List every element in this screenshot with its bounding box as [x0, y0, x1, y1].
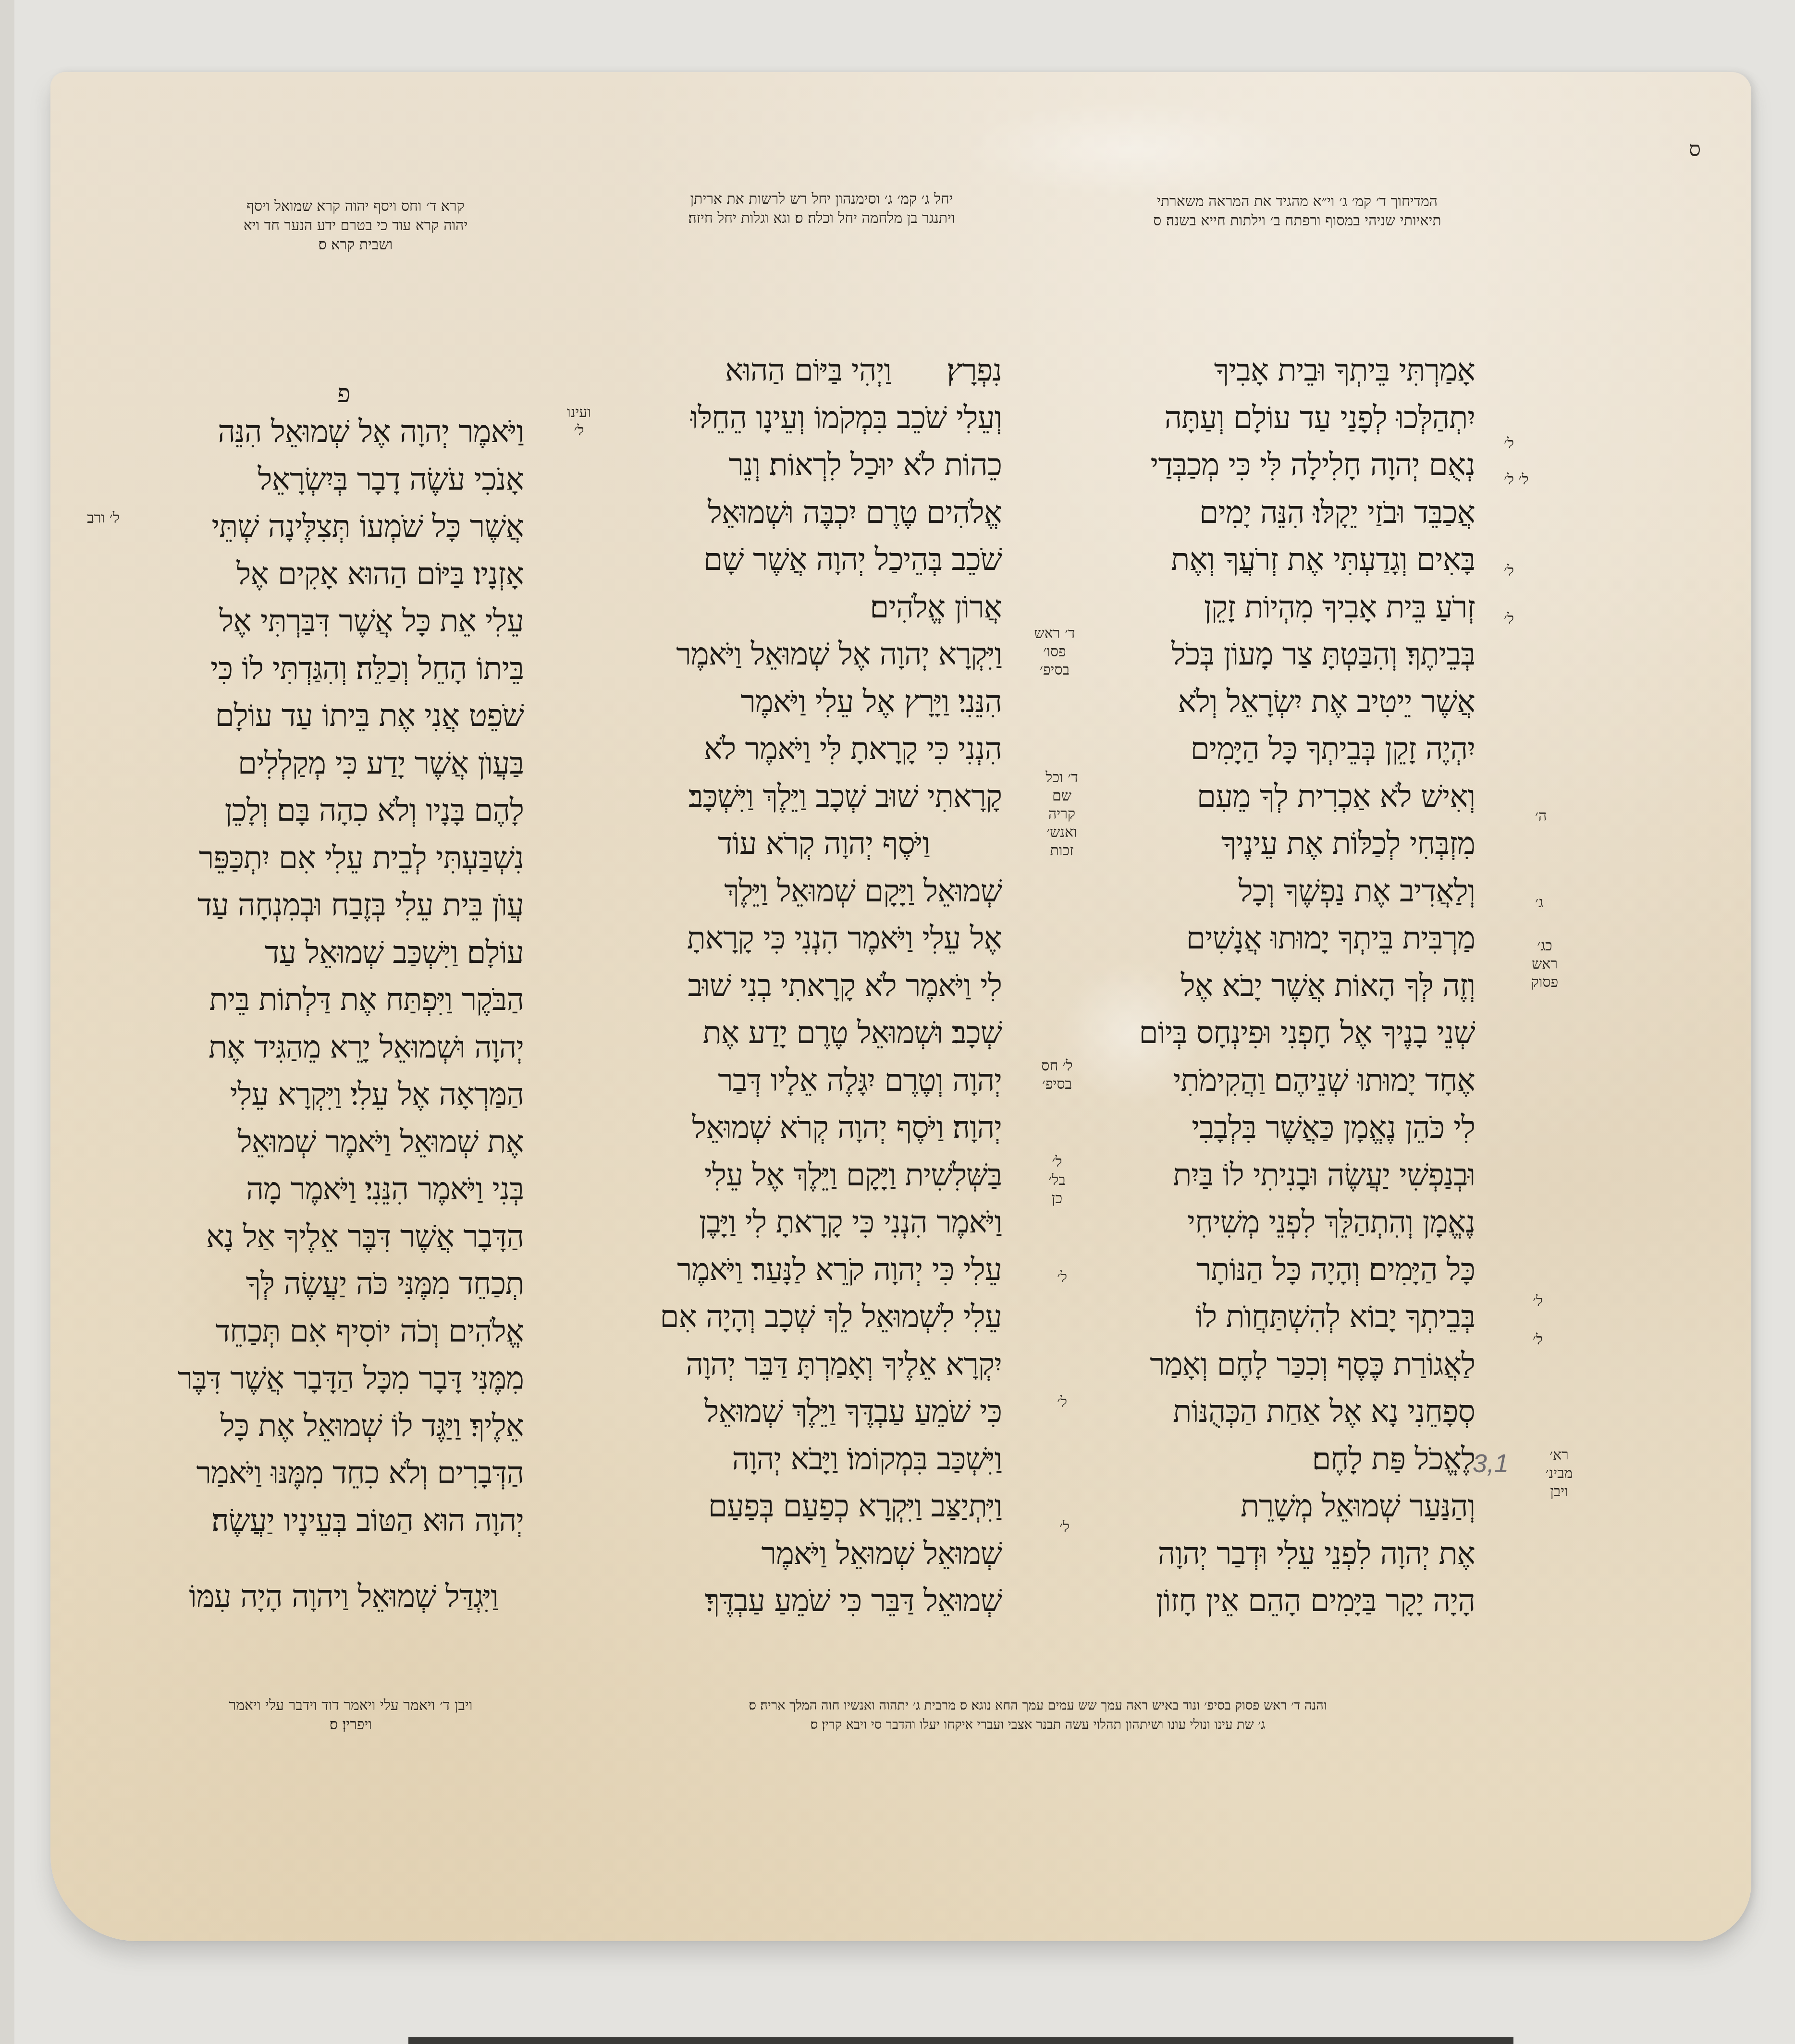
text-line: וַיֹּאמֶר יְהוָה אֶל שְׁמוּאֵל הִנֵּה [163, 408, 524, 456]
masorah-line: יחל ג׳ קמ׳ ג׳ וסימנהון יחל רש לרשות את א… [639, 190, 1004, 209]
text-line: יְהוָה וּשְׁמוּאֵל יָרֵא מֵהַגִּיד אֶת [163, 1024, 524, 1071]
margin-note: ה׳ [1535, 807, 1547, 825]
text-line: תְכַחֵד מִמֶּנִּי כֹּה יַעֲשֶׂה לְּךָ [163, 1260, 524, 1308]
text-line: אֶל עֵלִי וַיֹּאמֶר הִנְנִי כִּי קָרָאתָ [617, 915, 1002, 962]
folio-number: ס [1689, 137, 1701, 161]
top-masorah-left: קרא ד׳ וחס ויסף יהוה קרא שמואל ויסף יהוה… [173, 197, 538, 255]
margin-note: ל׳ בל׳ כן [1043, 1153, 1071, 1208]
masorah-line: תיאיותי שניהי במסוף ורפתח ב׳ וילתות חייא… [1124, 211, 1470, 231]
text-line: וְאִישׁ לֹא אַכְרִית לְךָ מֵעִם [1105, 773, 1475, 821]
masorah-line: המדיחוך ד׳ קמ׳ ג׳ וי״א מהגיד את המראה מש… [1124, 192, 1470, 211]
text-line: אֲכַבֵּד וּבֹזַי יֵקָלּוּ׃ הִנֵּה יָמִים [1105, 489, 1475, 537]
text-line: הִנֵּנִי׃ וַיָּרָץ אֶל עֵלִי וַיֹּאמֶר [617, 678, 1002, 726]
text-line: הַדְּבָרִים וְלֹא כִחֵד מִמֶּנּוּ וַיֹּא… [163, 1450, 524, 1497]
text-line: עֵלִי אֵת כָּל אֲשֶׁר דִּבַּרְתִּי אֶל [163, 598, 524, 645]
text-line: לִי כֹּהֵן נֶאֱמָן כַּאֲשֶׁר בִּלְבָבִי [1105, 1104, 1475, 1152]
masorah-line: ג׳ שת עינו ונולי עונו ושיתהון תהלוי עשה … [586, 1715, 1489, 1735]
text-line: וַיִּקְרָא יְהוָה אֶל שְׁמוּאֵל וַיֹּאמֶ… [617, 631, 1002, 678]
text-line: אָמַרְתִּי בֵּיתְךָ וּבֵית אָבִיךָ [1105, 347, 1475, 394]
text-line: וּבְנַפְשִׁי יַעֲשֶׂה וּבָנִיתִי לוֹ בַּ… [1105, 1152, 1475, 1199]
text-line: נִשְׁבַּעְתִּי לְבֵית עֵלִי אִם יִתְכַּפ… [163, 835, 524, 882]
margin-note: ל׳ [1057, 1268, 1067, 1287]
text-line: אֱלֹהִים טֶרֶם יִכְבֶּה וּשְׁמוּאֵל [617, 489, 1002, 537]
margin-note: ל׳ [1057, 1393, 1067, 1412]
text-column-right: אָמַרְתִּי בֵּיתְךָ וּבֵית אָבִיךָ יִתְה… [1105, 347, 1475, 1625]
text-line: מִזְבְּחִי לְכַלּוֹת אֶת עֵינֶיךָ [1105, 820, 1475, 868]
scan-color-bar [408, 2037, 1513, 2044]
text-line: מִמֶּנִּי דָּבָר מִכָּל הַדָּבָר אֲשֶׁר … [163, 1355, 524, 1403]
top-masorah-right: המדיחוך ד׳ קמ׳ ג׳ וי״א מהגיד את המראה מש… [1124, 192, 1470, 231]
section-mark-petuhah: פ [163, 380, 524, 408]
text-line: עֵלִי לִשְׁמוּאֵל לֵךְ שְׁכָב וְהָיָה אִ… [617, 1293, 1002, 1341]
text-line: לָהֶם בָּנָיו וְלֹא כִהָה בָּם׃ וְלָכֵן [163, 787, 524, 835]
margin-note: ל׳ [1059, 1518, 1070, 1537]
text-line: וְלַאֲדִיב אֶת נַפְשֶׁךָ וְכָל [1105, 868, 1475, 915]
text-line: אָנֹכִי עֹשֶׂה דָבָר בְּיִשְׂרָאֵל [163, 456, 524, 504]
blank-line [163, 1544, 524, 1573]
text-line: אֱלֹהִים וְכֹה יוֹסִיף אִם תְּכַחֵד [163, 1308, 524, 1355]
text-line: בָּאִים וְגָדַעְתִּי אֶת זְרֹעֲךָ וְאֶת [1105, 536, 1475, 584]
text-line: אֶת יְהוָה לִפְנֵי עֵלִי וּדְבַר יְהוָה [1105, 1530, 1475, 1578]
margin-note: ל׳ [1504, 562, 1514, 580]
text-line: וַיֹּאמֶר הִנְנִי כִּי קָרָאתָ לִי וַיָּ… [617, 1199, 1002, 1246]
margin-note: ל׳ ל׳ [1504, 471, 1528, 489]
bottom-masorah-left: ויבן ד׳ ויאמר עלי ויאמר דוד וידבר עלי וי… [168, 1696, 533, 1735]
text-line: בְּבֵיתֶךָ׃ וְהִבַּטְתָּ צַר מָעוֹן בְּכ… [1105, 631, 1475, 678]
text-line: שְׁמוּאֵל וַיָּקָם שְׁמוּאֵל וַיֵּלֶךְ [617, 868, 1002, 915]
text-line: הָיָה יָקָר בַּיָּמִים הָהֵם אֵין חָזוֹן [1105, 1577, 1475, 1625]
text-line: בְּנִי וַיֹּאמֶר הִנֵּנִי׃ וַיֹּאמֶר מָה [163, 1166, 524, 1213]
pencil-verse-annotation: 3,1 [1473, 1449, 1509, 1478]
margin-note: ל׳ ורב [86, 509, 120, 528]
text-line: כָּל הַיָּמִים׃ וְהָיָה כָּל הַנּוֹתָר [1105, 1246, 1475, 1294]
text-line: סְפָחֵנִי נָא אֶל אַחַת הַכְּהֻנּוֹת [1105, 1388, 1475, 1436]
text-line: שְׁמוּאֵל שְׁמוּאֵל וַיֹּאמֶר [617, 1530, 1002, 1578]
text-line: כֵהוֹת לֹא יוּכַל לִרְאוֹת׃ וְנֵר [617, 442, 1002, 489]
text-line: יְהוָה הוּא הַטּוֹב בְּעֵינָיו יַעֲשֶׂה׃ [163, 1497, 524, 1545]
bottom-masorah-middle: והנה ד׳ ראש פסוק בסיפ׳ ונוד באיש ראה עמך… [586, 1696, 1489, 1735]
text-line: אֲרוֹן אֱלֹהִים׃ [617, 584, 1002, 631]
masorah-line: קרא ד׳ וחס ויסף יהוה קרא שמואל ויסף [173, 197, 538, 216]
margin-note: ד׳ ראש פסו׳ בסיפ׳ [1033, 625, 1076, 679]
text-line: שֹׁפֵט אֲנִי אֶת בֵּיתוֹ עַד עוֹלָם [163, 692, 524, 740]
text-line: בְּבֵיתְךָ יָבוֹא לְהִשְׁתַּחֲוֺת לוֹ [1105, 1293, 1475, 1341]
margin-note: ל׳ [1533, 1293, 1543, 1311]
text-line: שְׁנֵי בָנֶיךָ אֶל חָפְנִי וּפִינְחָס בְ… [1105, 1010, 1475, 1057]
text-column-left: פ וַיֹּאמֶר יְהוָה אֶל שְׁמוּאֵל הִנֵּה … [163, 380, 524, 1621]
text-line: נְאֻם יְהוָה חָלִילָה לִּי כִּי מְכַבְּד… [1105, 442, 1475, 489]
margin-note: ד׳ וכל שם קריה ואנש׳ זכות [1040, 769, 1083, 860]
text-line: נִפְרָץ׃ וַיְהִי בַּיּוֹם הַהוּא [617, 347, 1002, 394]
margin-note: ועינו ל׳ [560, 404, 598, 440]
masorah-line: ושבית קרא׃ ס׃ [173, 235, 538, 255]
text-line: בַּעֲוֺן אֲשֶׁר יָדַע כִּי מְקַלְלִים [163, 740, 524, 788]
text-column-middle: נִפְרָץ׃ וַיְהִי בַּיּוֹם הַהוּא וְעֵלִי… [617, 347, 1002, 1625]
text-line: שְׁמוּאֵל דַּבֵּר כִּי שֹׁמֵעַ עַבְדֶּךָ… [617, 1577, 1002, 1625]
text-line: וַיִּשְׁכַּב בִּמְקוֹמוֹ׃ וַיָּבֹא יְהוָ… [617, 1436, 1002, 1483]
text-line: וְהַנַּעַר שְׁמוּאֵל מְשָׁרֵת [1105, 1483, 1475, 1530]
light-patch [963, 101, 1300, 197]
text-line: כִּי שֹׁמֵעַ עַבְדֶּךָ וַיֵּלֶךְ שְׁמוּא… [617, 1388, 1002, 1436]
text-line: אֵלֶיךָ׃ וַיַּגֶּד לוֹ שְׁמוּאֵל אֶת כָּ… [163, 1403, 524, 1450]
text-line: לַאֲגוֹרַת כֶּסֶף וְכִכַּר לָחֶם וְאָמַר [1105, 1341, 1475, 1389]
text-line: אֶחָד יָמוּתוּ שְׁנֵיהֶם׃ וַהֲקִימֹתִי [1105, 1057, 1475, 1105]
text-line: וַיִּתְיַצַּב וַיִּקְרָא כְפַעַם בְּפַעַ… [617, 1483, 1002, 1530]
masorah-line: ויבן ד׳ ויאמר עלי ויאמר דוד וידבר עלי וי… [168, 1696, 533, 1715]
margin-note: ל׳ חס בסיפ׳ [1040, 1057, 1074, 1094]
text-line: עֲוֺן בֵּית עֵלִי בְּזֶבַח וּבְמִנְחָה ע… [163, 882, 524, 929]
top-masorah-middle: יחל ג׳ קמ׳ ג׳ וסימנהון יחל רש לרשות את א… [639, 190, 1004, 228]
text-line: אֲשֶׁר כָּל שֹׁמְעוֹ תְּצִלֶּינָה שְׁתֵּ… [163, 503, 524, 551]
text-line: מַרְבִּית בֵּיתְךָ יָמוּתוּ אֲנָשִׁים [1105, 915, 1475, 962]
text-line: אֶת שְׁמוּאֵל וַיֹּאמֶר שְׁמוּאֵל [163, 1119, 524, 1166]
text-line: הַבֹּקֶר וַיִּפְתַּח אֶת דַּלְתוֹת בֵּית [163, 976, 524, 1024]
text-line: וַיֹּסֶף יְהוָה קְרֹא עוֹד [617, 820, 1002, 868]
margin-note: ל׳ [1504, 435, 1514, 453]
text-line: יְהוָה וְטֶרֶם יִגָּלֶה אֵלָיו דְּבַר [617, 1057, 1002, 1105]
masorah-line: והנה ד׳ ראש פסוק בסיפ׳ ונוד באיש ראה עמך… [586, 1696, 1489, 1715]
text-line: אֲשֶׁר יֵיטִיב אֶת יִשְׂרָאֵל וְלֹא [1105, 678, 1475, 726]
text-line: לִי וַיֹּאמֶר לֹא קָרָאתִי בְנִי שׁוּב [617, 962, 1002, 1010]
text-line: יִהְיֶה זָקֵן בְּבֵיתְךָ כָּל הַיָּמִים [1105, 726, 1475, 773]
text-line: זְרֹעַ בֵּית אָבִיךָ מִהְיוֹת זָקֵן [1105, 584, 1475, 631]
text-line: בַּשְּׁלִשִׁית וַיָּקָם וַיֵּלֶךְ אֶל עֵ… [617, 1152, 1002, 1199]
text-line: יִתְהַלְּכוּ לְפָנַי עַד עוֹלָם וְעַתָּה [1105, 394, 1475, 442]
masorah-line: ויתנגר בן מלחמה יחל וכלה׃ ס׃ וגא וגלות י… [639, 209, 1004, 228]
text-line: שְׁכָב׃ וּשְׁמוּאֵל טֶרֶם יָדַע אֶת [617, 1010, 1002, 1057]
masorah-line: יהוה קרא עוד כי בטרם ידע הנער חד ויא [173, 216, 538, 235]
masorah-line: ויפרין׃ ס׃ [168, 1715, 533, 1735]
text-line: הַדָּבָר אֲשֶׁר דִּבֶּר אֵלֶיךָ אַל נָא [163, 1213, 524, 1261]
text-line: הִנְנִי כִּי קָרָאתָ לִּי וַיֹּאמֶר לֹא [617, 726, 1002, 773]
text-line: נֶאֱמָן וְהִתְהַלֵּךְ לִפְנֵי מְשִׁיחִי [1105, 1199, 1475, 1246]
margin-note: כג׳ ראש פסוק [1523, 937, 1566, 992]
text-line: עֵלִי כִּי יְהוָה קֹרֵא לַנָּעַר׃ וַיֹּא… [617, 1246, 1002, 1294]
scan-backdrop [0, 0, 14, 2044]
margin-note: ל׳ [1504, 610, 1514, 628]
text-line: קָרָאתִי שׁוּב שְׁכָב וַיֵּלֶךְ וַיִּשְׁ… [617, 773, 1002, 821]
text-line: וְעֵלִי שֹׁכֵב בִּמְקֹמוֹ וְעֵינָו הֵחֵל… [617, 394, 1002, 442]
text-line: יְהוָה׃ וַיֹּסֶף יְהוָה קְרֹא שְׁמוּאֵל [617, 1104, 1002, 1152]
text-line: וְזֶה לְּךָ הָאוֹת אֲשֶׁר יָבֹא אֶל [1105, 962, 1475, 1010]
margin-note: ל׳ [1533, 1331, 1543, 1349]
text-line: יִקְרָא אֵלֶיךָ וְאָמַרְתָּ דַּבֵּר יְהו… [617, 1341, 1002, 1389]
text-line: הַמַּרְאָה אֶל עֵלִי׃ וַיִּקְרָא עֵלִי [163, 1071, 524, 1119]
text-line: בֵּיתוֹ הָחֵל וְכַלֵּה׃ וְהִגַּדְתִּי לו… [163, 645, 524, 693]
margin-note: ג׳ [1535, 894, 1543, 912]
text-line: עוֹלָם׃ וַיִּשְׁכַּב שְׁמוּאֵל עַד [163, 929, 524, 977]
text-line: לֶאֱכֹל פַּת לָחֶם׃ [1105, 1436, 1475, 1483]
text-line: וַיִּגְדַּל שְׁמוּאֵל וַיהוָה הָיָה עִמּ… [163, 1573, 524, 1621]
text-line: שֹׁכֵב בְּהֵיכַל יְהוָה אֲשֶׁר שָׁם [617, 536, 1002, 584]
text-line: אָזְנָיו׃ בַּיּוֹם הַהוּא אָקִים אֶל [163, 551, 524, 598]
margin-note: רא׳ מבינ׳ ויבן [1542, 1446, 1576, 1501]
